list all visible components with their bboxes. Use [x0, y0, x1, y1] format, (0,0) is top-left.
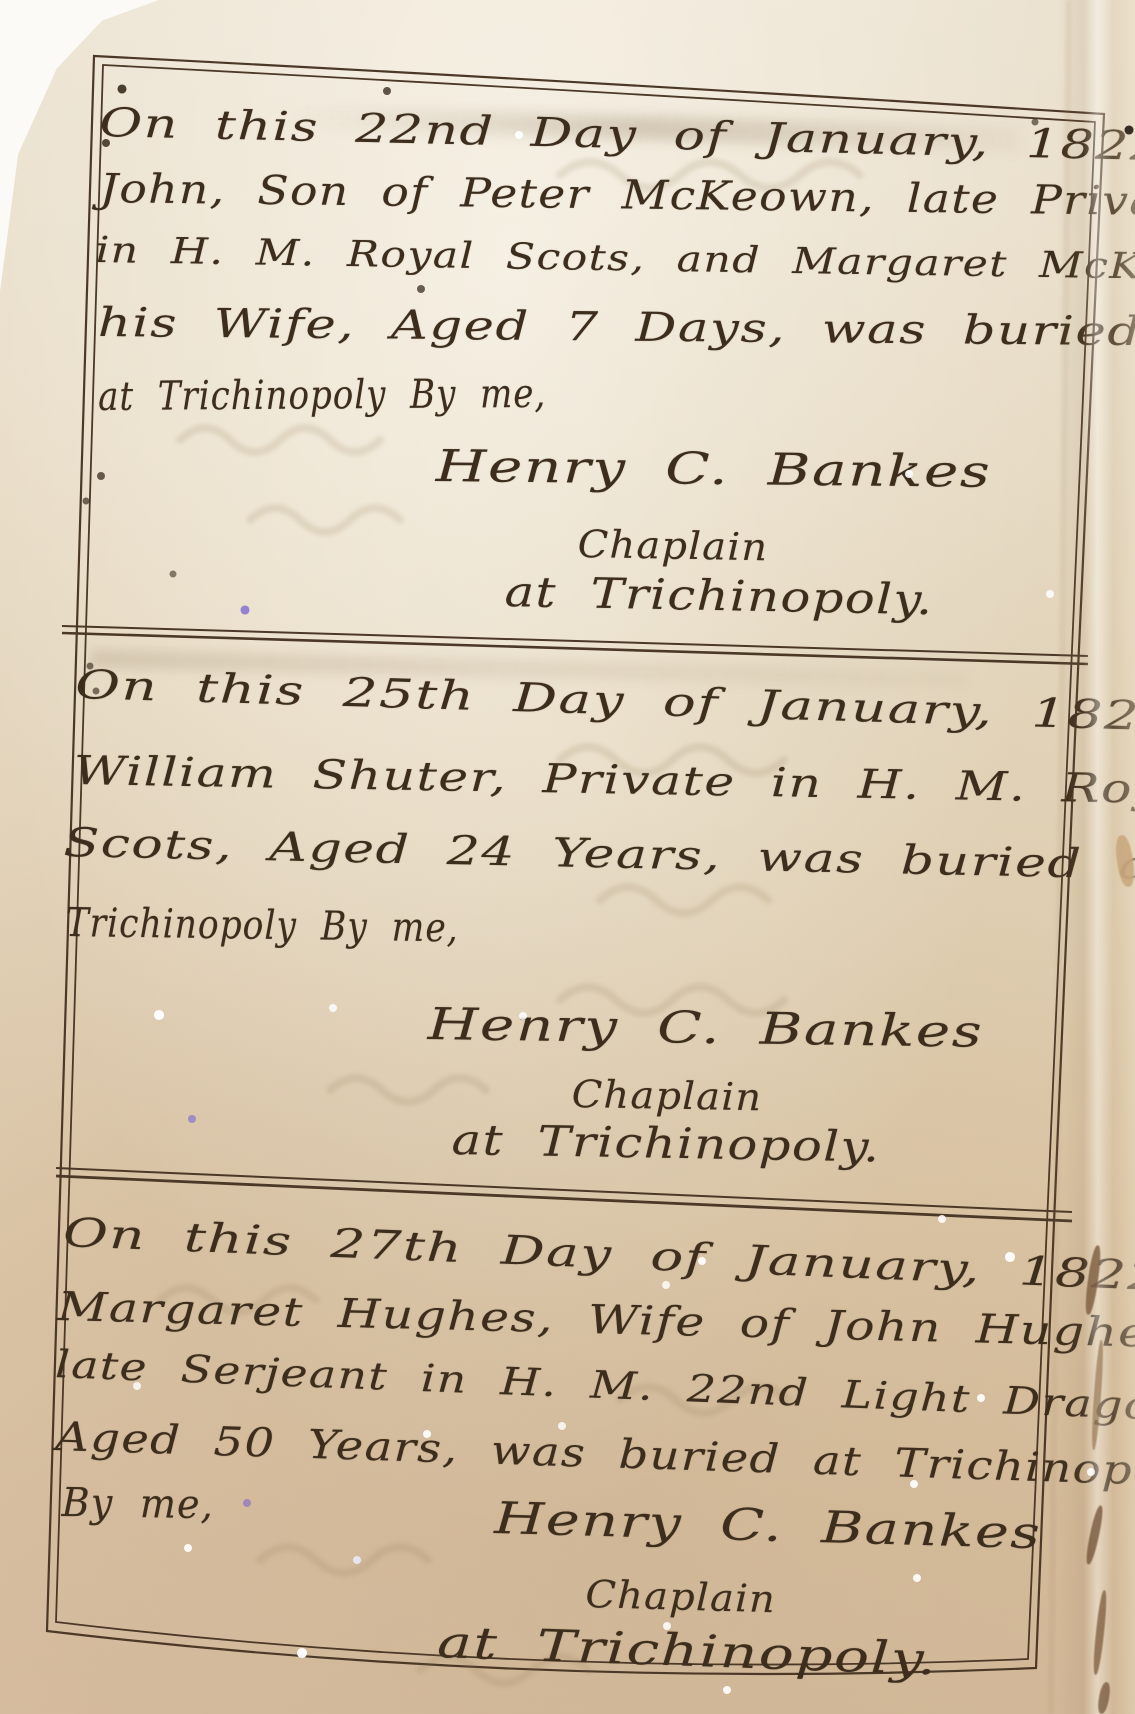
entry2-signature-place: at Trichinopoly.	[451, 1120, 880, 1167]
entry1-line5: at Trichinopoly By me,	[98, 375, 546, 416]
entry3-line5: By me,	[61, 1484, 214, 1524]
entry3-signature-title: Chaplain	[585, 1576, 777, 1617]
entry2-signature-name: Henry C. Bankes	[427, 1004, 983, 1054]
photographed-register-page: On this 22nd Day of January, 1822, John,…	[0, 0, 1135, 1714]
entry1-signature-title: Chaplain	[577, 526, 768, 565]
entry1-signature-place: at Trichinopoly.	[504, 572, 934, 620]
entry1-line4: his Wife, Aged 7 Days, was buried	[98, 304, 1135, 351]
entry2-signature-title: Chaplain	[571, 1076, 762, 1115]
entry1-line2: John, Son of Peter McKeown, late Private	[100, 170, 1135, 222]
entry1-signature-name: Henry C. Bankes	[436, 446, 992, 494]
specks-violet	[0, 0, 4, 4]
entry2-line4: Trichinopoly By me,	[65, 904, 459, 947]
